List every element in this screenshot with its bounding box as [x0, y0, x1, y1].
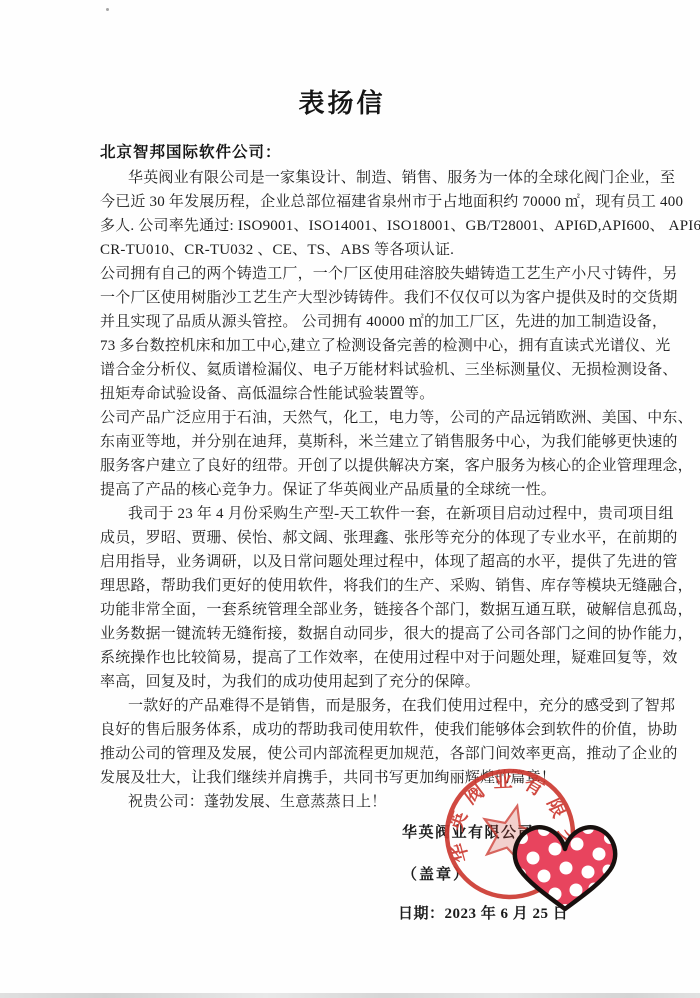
letter-line: 一个厂区使用树脂沙工艺生产大型沙铸铸件。我们不仅仅可以为客户提供及时的交货期 [100, 286, 606, 310]
letter-sheet: 表扬信 北京智邦国际软件公司： 华英阀业有限公司是一家集设计、制造、销售、服务为… [0, 0, 700, 998]
letter-line: 业务数据一键流转无缝衔接，数据自动同步，很大的提高了公司各部门之间的协作能力， [100, 622, 606, 646]
letter-line: 今已近 30 年发展历程，企业总部位福建省泉州市于占地面积约 70000 ㎡，现… [100, 190, 606, 214]
letter-line: 提高了产品的核心竞争力。保证了华英阀业产品质量的全球统一性。 [100, 478, 606, 502]
scan-edge [0, 993, 700, 998]
letter-line: 公司产品广泛应用于石油，天然气，化工，电力等，公司的产品远销欧洲、美国、中东、 [100, 406, 606, 430]
letter-line: 我司于 23 年 4 月份采购生产型-天工软件一套，在新项目启动过程中，贵司项目… [100, 502, 606, 526]
letter-line: CR-TU010、CR-TU032 、CE、TS、ABS 等各项认证. [100, 238, 606, 262]
letter-line: 华英阀业有限公司是一家集设计、制造、销售、服务为一体的全球化阀门企业，至 [100, 166, 606, 190]
letter-line: 东南亚等地，并分别在迪拜，莫斯科，米兰建立了销售服务中心，为我们能够更快速的 [100, 430, 606, 454]
letter-title: 表扬信 [0, 83, 684, 120]
letter-line: 成员，罗昭、贾珊、侯怡、郝文阔、张理鑫、张彤等充分的体现了专业水平，在前期的 [100, 526, 606, 550]
letter-line: 服务客户建立了良好的纽带。开创了以提供解决方案，客户服务为核心的企业管理理念， [100, 454, 606, 478]
letter-line: 73 多台数控机床和加工中心,建立了检测设备完善的检测中心，拥有直读式光谱仪、光 [100, 334, 606, 358]
letter-line: 系统操作也比较简易，提高了工作效率，在使用过程中对于问题处理，疑难回复等，效 [100, 646, 606, 670]
letter-line: 一款好的产品难得不是销售，而是服务，在我们使用过程中，充分的感受到了智邦 [100, 694, 606, 718]
letter-line: 功能非常全面，一套系统管理全部业务，链接各个部门，数据互通互联，破解信息孤岛， [100, 598, 606, 622]
letter-line: 启用指导，业务调研，以及日常问题处理过程中，体现了超高的水平，提供了先进的管 [100, 550, 606, 574]
letter-line: 公司拥有自己的两个铸造工厂，一个厂区使用硅溶胶失蜡铸造工艺生产小尺寸铸件，另 [100, 262, 606, 286]
letter-salutation: 北京智邦国际软件公司： [100, 140, 282, 162]
letter-line: 率高，回复及时，为我们的成功使用起到了充分的保障。 [100, 670, 606, 694]
letter-line: 推动公司的管理及发展，使公司内部流程更加规范，各部门间效率更高，推动了企业的 [100, 742, 606, 766]
letter-line: 谱合金分析仪、氦质谱检漏仪、电子万能材料试验机、三坐标测量仪、无损检测设备、 [100, 358, 606, 382]
letter-line: 多人. 公司率先通过: ISO9001、ISO14001、ISO18001、GB… [100, 214, 606, 238]
letter-line: 良好的售后服务体系，成功的帮助我司使用软件，使我们能够体会到软件的价值，协助 [100, 718, 606, 742]
letter-line: 理思路，帮助我们更好的使用软件，将我们的生产、采购、销售、库存等模块无缝融合， [100, 574, 606, 598]
letter-line: 扭矩寿命试验设备、高低温综合性能试验装置等。 [100, 382, 606, 406]
scan-speck [106, 8, 109, 11]
letter-line: 并且实现了品质从源头管控。 公司拥有 40000 ㎡的加工厂区，先进的加工制造设… [100, 310, 606, 334]
heart-icon [508, 816, 622, 918]
letter-body: 华英阀业有限公司是一家集设计、制造、销售、服务为一体的全球化阀门企业，至今已近 … [100, 166, 606, 814]
